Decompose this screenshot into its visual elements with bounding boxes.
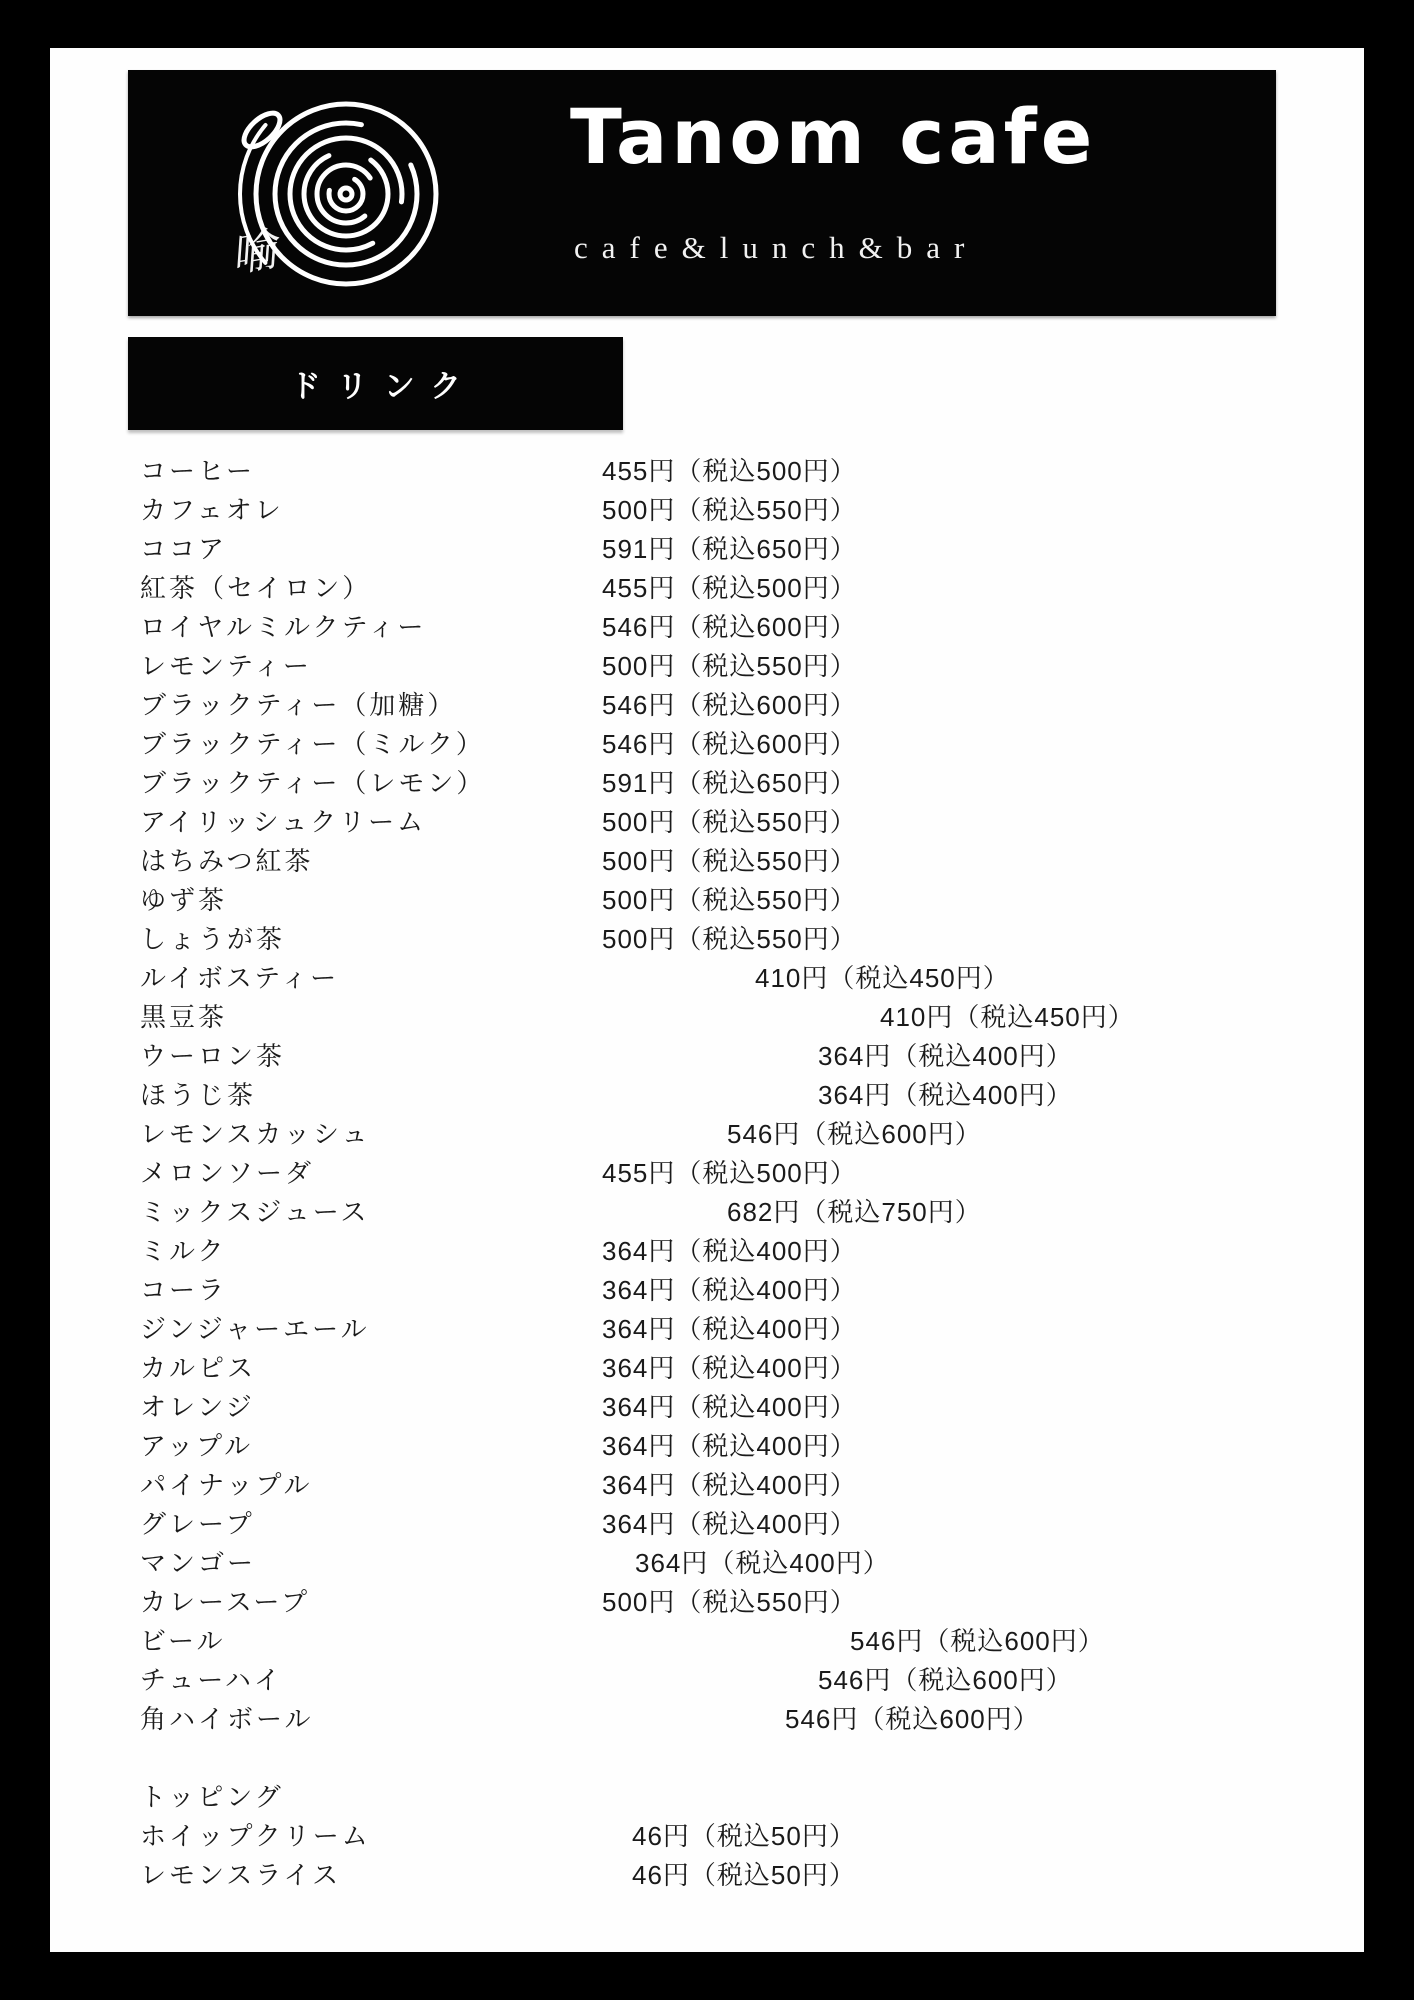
menu-item-name: ミルク: [140, 1232, 226, 1271]
menu-item-row: レモンスカッシュ 546円（税込600円）: [50, 1115, 1364, 1154]
menu-item-name: ビール: [140, 1622, 225, 1661]
menu-item-name: レモンスカッシュ: [140, 1115, 370, 1154]
menu-item-name: 角ハイボール: [140, 1700, 313, 1739]
menu-item-name: パイナップル: [140, 1466, 312, 1505]
menu-item-name: ルイボスティー: [140, 959, 339, 998]
menu-item-price: 500円（税込550円）: [602, 1583, 857, 1622]
menu-item-price: 500円（税込550円）: [602, 920, 857, 959]
menu-item-price: 46円（税込50円）: [632, 1817, 856, 1856]
menu-item-name: コーヒー: [140, 452, 255, 491]
menu-item-price: 46円（税込50円）: [632, 1856, 856, 1895]
menu-item-name: チューハイ: [140, 1661, 283, 1700]
menu-item-row: ミックスジュース 682円（税込750円）: [50, 1193, 1364, 1232]
menu-spacer-row: [50, 1739, 1364, 1778]
menu-item-price: 364円（税込400円）: [602, 1349, 857, 1388]
menu-item-price: 546円（税込600円）: [602, 686, 857, 725]
menu-item-name: 紅茶（セイロン）: [140, 569, 371, 608]
menu-item-price: 364円（税込400円）: [602, 1271, 857, 1310]
menu-item-row: レモンスライス 46円（税込50円）: [50, 1856, 1364, 1895]
drink-menu-list: コーヒー 455円（税込500円） カフェオレ 500円（税込550円） ココア…: [50, 452, 1364, 1895]
menu-item-row: ブラックティー（レモン） 591円（税込650円）: [50, 764, 1364, 803]
menu-item-price: 364円（税込400円）: [602, 1505, 857, 1544]
cafe-title: Tanom cafe: [570, 92, 1096, 181]
menu-item-name: オレンジ: [140, 1388, 255, 1427]
menu-item-row: アイリッシュクリーム 500円（税込550円）: [50, 803, 1364, 842]
menu-item-name: はちみつ紅茶: [140, 842, 313, 881]
menu-item-row: はちみつ紅茶 500円（税込550円）: [50, 842, 1364, 881]
menu-item-price: 364円（税込400円）: [602, 1310, 857, 1349]
menu-item-price: 546円（税込600円）: [602, 608, 857, 647]
menu-item-name: ウーロン茶: [140, 1037, 285, 1076]
menu-item-row: 角ハイボール 546円（税込600円）: [50, 1700, 1364, 1739]
menu-item-row: マンゴー 364円（税込400円）: [50, 1544, 1364, 1583]
menu-item-name: ココア: [140, 530, 227, 569]
menu-item-row: ミルク 364円（税込400円）: [50, 1232, 1364, 1271]
menu-item-name: ミックスジュース: [140, 1193, 369, 1232]
menu-item-row: カフェオレ 500円（税込550円）: [50, 491, 1364, 530]
menu-item-row: ブラックティー（ミルク） 546円（税込600円）: [50, 725, 1364, 764]
menu-item-name: 黒豆茶: [140, 998, 227, 1037]
menu-item-price: 364円（税込400円）: [602, 1232, 857, 1271]
menu-item-row: カレースープ 500円（税込550円）: [50, 1583, 1364, 1622]
menu-item-row: グレープ 364円（税込400円）: [50, 1505, 1364, 1544]
menu-item-price: 500円（税込550円）: [602, 491, 857, 530]
menu-item-row: ほうじ茶 364円（税込400円）: [50, 1076, 1364, 1115]
section-title: ドリンク: [290, 361, 477, 406]
menu-item-price: 410円（税込450円）: [880, 998, 1135, 1037]
menu-item-name: ほうじ茶: [140, 1076, 256, 1115]
cafe-subtitle: cafe&lunch&bar: [574, 230, 978, 266]
menu-item-name: ホイップクリーム: [140, 1817, 371, 1856]
menu-item-name: ジンジャーエール: [140, 1310, 370, 1349]
menu-item-row: ホイップクリーム 46円（税込50円）: [50, 1817, 1364, 1856]
menu-item-price: 455円（税込500円）: [602, 452, 857, 491]
menu-item-name: マンゴー: [140, 1544, 256, 1583]
menu-item-name: グレープ: [140, 1505, 255, 1544]
menu-item-row: しょうが茶 500円（税込550円）: [50, 920, 1364, 959]
menu-item-name: レモンティー: [140, 647, 312, 686]
menu-item-name: カフェオレ: [140, 491, 284, 530]
menu-item-row: ブラックティー（加糖） 546円（税込600円）: [50, 686, 1364, 725]
menu-item-name: ブラックティー（加糖）: [140, 686, 456, 725]
menu-item-row: コーラ 364円（税込400円）: [50, 1271, 1364, 1310]
menu-item-row: オレンジ 364円（税込400円）: [50, 1388, 1364, 1427]
menu-item-price: 591円（税込650円）: [602, 764, 857, 803]
menu-item-price: 546円（税込600円）: [727, 1115, 982, 1154]
menu-item-name: コーラ: [140, 1271, 227, 1310]
menu-item-name: ブラックティー（ミルク）: [140, 725, 485, 764]
menu-item-name: しょうが茶: [140, 920, 285, 959]
menu-item-price: 546円（税込600円）: [818, 1661, 1073, 1700]
menu-item-row: パイナップル 364円（税込400円）: [50, 1466, 1364, 1505]
menu-item-name: カルピス: [140, 1349, 256, 1388]
menu-item-row: ロイヤルミルクティー 546円（税込600円）: [50, 608, 1364, 647]
menu-item-price: 546円（税込600円）: [785, 1700, 1040, 1739]
menu-item-price: 364円（税込400円）: [602, 1388, 857, 1427]
menu-item-row: コーヒー 455円（税込500円）: [50, 452, 1364, 491]
menu-item-name: ブラックティー（レモン）: [140, 764, 485, 803]
menu-item-row: レモンティー 500円（税込550円）: [50, 647, 1364, 686]
menu-item-row: 紅茶（セイロン） 455円（税込500円）: [50, 569, 1364, 608]
menu-item-row: 黒豆茶 410円（税込450円）: [50, 998, 1364, 1037]
menu-item-price: 591円（税込650円）: [602, 530, 857, 569]
menu-item-price: 364円（税込400円）: [818, 1076, 1073, 1115]
menu-poster: { "colors": { "frame": "#000000", "banne…: [0, 0, 1414, 2000]
menu-item-row: トッピング: [50, 1778, 1364, 1817]
menu-item-row: ルイボスティー 410円（税込450円）: [50, 959, 1364, 998]
menu-item-price: 455円（税込500円）: [602, 569, 857, 608]
menu-item-price: 410円（税込450円）: [755, 959, 1010, 998]
menu-item-price: 546円（税込600円）: [850, 1622, 1105, 1661]
menu-item-row: ゆず茶 500円（税込550円）: [50, 881, 1364, 920]
menu-item-name: メロンソーダ: [140, 1154, 314, 1193]
coffee-cup-logo: 喻: [228, 78, 464, 314]
menu-item-name: カレースープ: [140, 1583, 310, 1622]
menu-item-price: 364円（税込400円）: [635, 1544, 890, 1583]
menu-item-price: 500円（税込550円）: [602, 803, 857, 842]
menu-item-price: 364円（税込400円）: [818, 1037, 1073, 1076]
menu-item-row: ウーロン茶 364円（税込400円）: [50, 1037, 1364, 1076]
menu-item-price: 682円（税込750円）: [727, 1193, 982, 1232]
menu-item-name: トッピング: [140, 1778, 284, 1817]
menu-page: 喻 Tanom cafe cafe&lunch&bar ドリンク コーヒー 45…: [50, 48, 1364, 1952]
menu-item-row: メロンソーダ 455円（税込500円）: [50, 1154, 1364, 1193]
menu-item-row: ジンジャーエール 364円（税込400円）: [50, 1310, 1364, 1349]
menu-item-name: レモンスライス: [140, 1856, 341, 1895]
menu-item-row: カルピス 364円（税込400円）: [50, 1349, 1364, 1388]
menu-item-row: ココア 591円（税込650円）: [50, 530, 1364, 569]
menu-item-row: チューハイ 546円（税込600円）: [50, 1661, 1364, 1700]
header-banner: 喻 Tanom cafe cafe&lunch&bar: [128, 70, 1276, 316]
menu-item-name: アップル: [140, 1427, 253, 1466]
menu-item-name: アイリッシュクリーム: [140, 803, 426, 842]
menu-item-price: 546円（税込600円）: [602, 725, 857, 764]
menu-item-price: 455円（税込500円）: [602, 1154, 857, 1193]
menu-item-price: 364円（税込400円）: [602, 1427, 857, 1466]
menu-item-price: 500円（税込550円）: [602, 842, 857, 881]
section-header-drinks: ドリンク: [128, 337, 623, 430]
menu-item-row: ビール 546円（税込600円）: [50, 1622, 1364, 1661]
menu-item-name: ゆず茶: [140, 881, 227, 920]
menu-item-name: ロイヤルミルクティー: [140, 608, 426, 647]
menu-item-row: アップル 364円（税込400円）: [50, 1427, 1364, 1466]
menu-item-price: 364円（税込400円）: [602, 1466, 857, 1505]
menu-item-price: 500円（税込550円）: [602, 881, 857, 920]
menu-item-price: 500円（税込550円）: [602, 647, 857, 686]
